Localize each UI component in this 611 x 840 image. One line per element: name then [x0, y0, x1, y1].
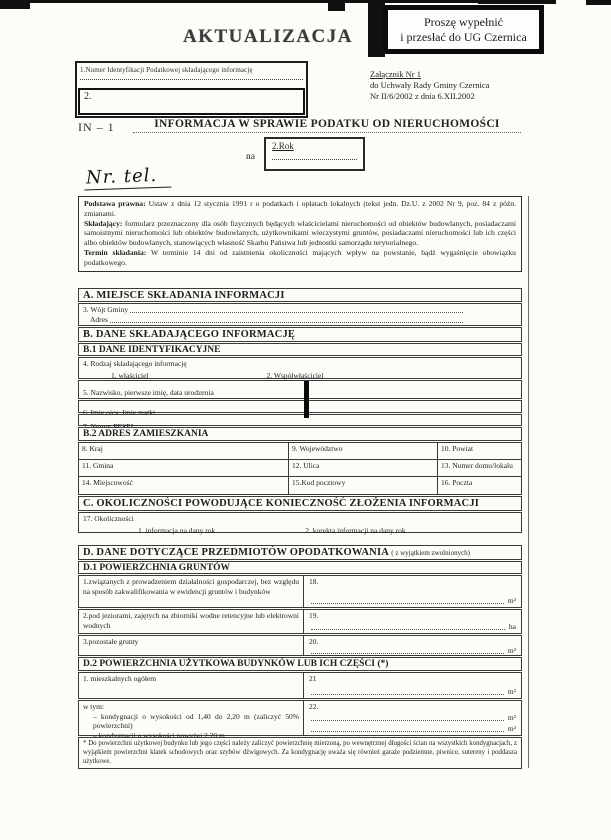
d2-row-kondygnacje-field: 22. m² m² — [304, 701, 521, 735]
field-pesel-row: 7. Numer PESEL — [78, 414, 522, 426]
unit-label-m2: m² — [506, 713, 516, 722]
address-cell-ulica: 12. Ulica — [289, 460, 438, 477]
okolicznosci-label: 17. Okoliczności — [83, 514, 517, 524]
stamp-box: Proszę wypełnić i przesłać do UG Czernic… — [383, 5, 544, 54]
field-number-18: 18. — [309, 577, 516, 586]
dotted-line — [311, 694, 504, 695]
okolicznosci-options: 1. informacja na dany rok 2. korekta inf… — [83, 526, 517, 535]
dotted-line — [311, 603, 504, 604]
address-cell-miejscowosc: 14. Miejscowość — [79, 477, 289, 494]
adres-label: Adres — [90, 315, 108, 325]
d2-row-kondygnacje: w tym: – kondygnacji o wysokości od 1,40… — [78, 700, 522, 736]
legal-label-skladajacy: Składający: — [84, 219, 122, 228]
d1-row-pozostale-field: 20. m² — [304, 636, 521, 655]
legal-paragraph-skladajacy: Składający: formularz przeznaczony dla o… — [84, 219, 516, 248]
section-c-header: C. OKOLICZNOŚCI POWODUJĄCE KONIECZNOŚĆ Z… — [78, 496, 522, 511]
scan-artifact-top-strip — [0, 0, 480, 3]
nip-subfield-number: 2. — [84, 91, 92, 102]
section-a-header: A. MIEJSCE SKŁADANIA INFORMACJI — [78, 288, 522, 302]
legal-text-podstawa: Ustaw z dnia 12 stycznia 1991 r o podatk… — [84, 199, 516, 218]
unit-label-m2: m² — [506, 646, 516, 655]
stamp-line-1: Proszę wypełnić — [424, 15, 503, 30]
adres-dotted-line — [110, 322, 463, 323]
wojt-gminy-dotted-line — [130, 312, 463, 313]
stamp-line-2: i przesłać do UG Czernica — [400, 30, 527, 45]
dotted-line — [311, 720, 504, 721]
nip-box: 1.Numer Identyfikacji Podatkowej składaj… — [75, 61, 308, 118]
field-number-21: 21 — [309, 674, 516, 683]
scan-artifact-corner — [586, 0, 611, 5]
footnote: * Do powierzchni użytkowej budynku lub j… — [78, 737, 522, 769]
nazwisko-label: 5. Nazwisko, pierwsze imię, data urodzen… — [83, 388, 214, 397]
identity-rows: 5. Nazwisko, pierwsze imię, data urodzen… — [78, 380, 522, 426]
field-number-22: 22. — [309, 702, 516, 711]
unit-label-m2: m² — [506, 724, 516, 733]
address-grid: 8. Kraj 9. Województwo 10. Powiat 11. Gm… — [78, 442, 522, 495]
d1-row-dzialalnosc-field: 18. m² — [304, 576, 521, 607]
field-wojt-gminy: 3. Wójt Gminy — [83, 305, 465, 315]
field-22-fill-2: m² — [309, 724, 516, 733]
option-korekta: 2. korekta informacji na dany rok — [305, 526, 405, 535]
nip-subfield: 2. — [78, 88, 305, 115]
wojt-gminy-label: 3. Wójt Gminy — [83, 305, 128, 315]
address-cell-wojewodztwo: 9. Województwo — [289, 443, 438, 460]
form-title: INFORMACJA W SPRAWIE PODATKU OD NIERUCHO… — [133, 118, 521, 133]
kondygnacje-niskie-label: – kondygnacji o wysokości od 1,40 do 2,2… — [83, 712, 299, 731]
rodzaj-label: 4. Rodzaj składającego informację — [83, 359, 517, 369]
field-21-fill: m² — [309, 687, 516, 696]
field-20-fill: m² — [309, 646, 516, 655]
scan-artifact-blob-left — [0, 0, 30, 9]
year-box: 2.Rok — [264, 137, 365, 171]
option-informacja: 1. informacja na dany rok — [138, 526, 215, 535]
scan-artifact-strip-right — [478, 0, 556, 4]
address-cell-kraj: 8. Kraj — [79, 443, 289, 460]
scan-artifact-blob-mid — [328, 0, 345, 11]
section-d-suffix: ( z wyjątkiem zwolnionych) — [391, 549, 470, 557]
option-wlasciciel: 1. właściciel — [111, 371, 149, 380]
section-b1-header: B.1 DANE IDENTYFIKACYJNE — [78, 343, 522, 356]
dotted-line — [311, 731, 504, 732]
section-d-title: D. DANE DOTYCZĄCE PRZEDMIOTÓW OPODATKOWA… — [83, 547, 388, 558]
field-okolicznosci-row: 17. Okoliczności 1. informacja na dany r… — [78, 512, 522, 533]
legal-paragraph-termin: Termin składania: W terminie 14 dni od z… — [84, 248, 516, 268]
page-title: AKTUALIZACJA — [163, 26, 373, 48]
legal-text-termin: W terminie 14 dni od zaistnienia okolicz… — [84, 248, 516, 267]
field-18-fill: m² — [309, 596, 516, 605]
w-tym-label: w tym: — [83, 702, 299, 712]
legal-label-podstawa: Podstawa prawna: — [84, 199, 146, 208]
field-adres: Adres — [83, 315, 465, 325]
address-cell-numer-domu: 13. Numer domu/lokalu — [438, 460, 521, 477]
address-cell-poczta: 16. Poczta — [438, 477, 521, 494]
handwritten-note: Nr. tel. — [84, 164, 172, 190]
scanned-form-page: Proszę wypełnić i przesłać do UG Czernic… — [0, 0, 611, 840]
d1-row-jeziora: 2.pod jeziorami, zajętych na zbiorniki w… — [78, 609, 522, 634]
year-dotted-line — [272, 158, 357, 160]
option-wspolwlasciciel: 2. Współwłaściciel — [267, 371, 324, 380]
d2-row-mieszkalne-field: 21 m² — [304, 673, 521, 698]
field-19-fill: ha — [309, 622, 516, 631]
d2-row-kondygnacje-label: w tym: – kondygnacji o wysokości od 1,40… — [79, 701, 304, 735]
address-cell-gmina: 11. Gmina — [79, 460, 289, 477]
d1-row-jeziora-field: 19. ha — [304, 610, 521, 633]
field-22-fill-1: m² — [309, 713, 516, 722]
attachment-note: Załącznik Nr 1 do Uchwały Rady Gminy Cze… — [370, 69, 489, 102]
na-label: na — [246, 152, 255, 162]
section-gap — [78, 533, 522, 544]
nip-dotted-line — [80, 77, 303, 80]
attachment-line-2: do Uchwały Rady Gminy Czernica — [370, 80, 489, 91]
rodzaj-options: 1. właściciel 2. Współwłaściciel — [83, 371, 517, 380]
d1-row-jeziora-label: 2.pod jeziorami, zajętych na zbiorniki w… — [79, 610, 304, 633]
form-code: IN – 1 — [78, 120, 115, 135]
form-table: A. MIEJSCE SKŁADANIA INFORMACJI 3. Wójt … — [78, 288, 522, 769]
year-label: 2.Rok — [272, 141, 357, 151]
section-b-header: B. DANE SKŁADAJĄCEGO INFORMACJĘ — [78, 327, 522, 342]
section-d-header: D. DANE DOTYCZĄCE PRZEDMIOTÓW OPODATKOWA… — [78, 545, 522, 560]
field-number-20: 20. — [309, 637, 516, 646]
dotted-line — [311, 629, 505, 630]
attachment-line-1: Załącznik Nr 1 — [370, 69, 489, 80]
field-imiona-rodzicow-row: 6. Imię ojca, Imię matki — [78, 400, 522, 413]
d1-row-dzialalnosc-label: 1.związanych z prowadzeniem działalności… — [79, 576, 304, 607]
legal-label-termin: Termin składania: — [84, 248, 146, 257]
d1-row-pozostale: 3.pozostałe grunty 20. m² — [78, 635, 522, 656]
scan-artifact-black-bar — [304, 381, 309, 418]
nip-label: 1.Numer Identyfikacji Podatkowej składaj… — [77, 63, 306, 74]
unit-label-ha: ha — [507, 622, 516, 631]
section-b2-header: B.2 ADRES ZAMIESZKANIA — [78, 427, 522, 441]
legal-box: Podstawa prawna: Ustaw z dnia 12 styczni… — [78, 196, 522, 272]
field-rodzaj-row: 4. Rodzaj składającego informację 1. wła… — [78, 357, 522, 379]
d1-row-dzialalnosc: 1.związanych z prowadzeniem działalności… — [78, 575, 522, 608]
field-wojt-gminy-row: 3. Wójt Gminy Adres — [78, 303, 522, 326]
address-cell-powiat: 10. Powiat — [438, 443, 521, 460]
d1-row-pozostale-label: 3.pozostałe grunty — [79, 636, 304, 655]
d2-row-mieszkalne-label: 1. mieszkalnych ogółem — [79, 673, 304, 698]
unit-label-m2: m² — [506, 596, 516, 605]
address-cell-kod-pocztowy: 15.Kod pocztowy — [289, 477, 438, 494]
unit-label-m2: m² — [506, 687, 516, 696]
field-number-19: 19. — [309, 611, 516, 620]
d2-row-mieszkalne: 1. mieszkalnych ogółem 21 m² — [78, 672, 522, 699]
scan-artifact-right-line — [528, 196, 529, 768]
section-d2-header: D.2 POWIERZCHNIA UŻYTKOWA BUDYNKÓW LUB I… — [78, 657, 522, 671]
field-nazwisko-row: 5. Nazwisko, pierwsze imię, data urodzen… — [78, 380, 522, 399]
attachment-line-3: Nr II/6/2002 z dnia 6.XII.2002 — [370, 91, 489, 102]
section-d1-header: D.1 POWIERZCHNIA GRUNTÓW — [78, 561, 522, 574]
legal-paragraph-podstawa: Podstawa prawna: Ustaw z dnia 12 styczni… — [84, 199, 516, 219]
dotted-line — [311, 653, 504, 654]
legal-text-skladajacy: formularz przeznaczony dla osób fizyczny… — [84, 219, 516, 248]
